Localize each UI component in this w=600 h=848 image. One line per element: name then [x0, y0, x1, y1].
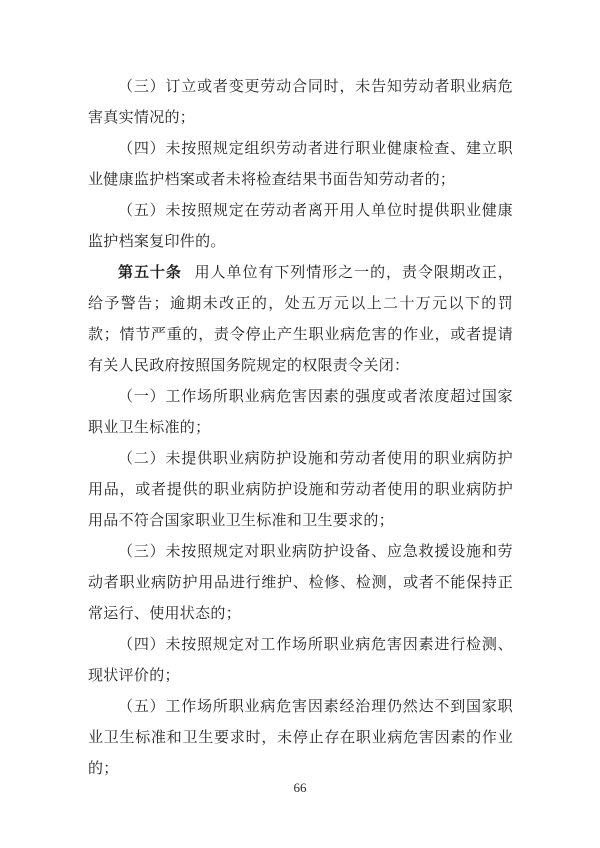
law-clause: （一）工作场所职业病危害因素的强度或者浓度超过国家职业卫生标准的；	[88, 382, 513, 444]
document-page: （三）订立或者变更劳动合同时，未告知劳动者职业病危害真实情况的； （四）未按照规…	[0, 0, 600, 848]
law-clause: （三）订立或者变更劳动合同时，未告知劳动者职业病危害真实情况的；	[88, 72, 513, 134]
law-clause: （二）未提供职业病防护设施和劳动者使用的职业病防护用品，或者提供的职业病防护设施…	[88, 444, 513, 537]
article-body-text: 用人单位有下列情形之一的，责令限期改正，给予警告；逾期未改正的，处五万元以上二十…	[88, 265, 513, 374]
law-clause: （五）未按照规定在劳动者离开用人单位时提供职业健康监护档案复印件的。	[88, 196, 513, 258]
law-clause: （四）未按照规定对工作场所职业病危害因素进行检测、现状评价的；	[88, 630, 513, 692]
law-clause: （三）未按照规定对职业病防护设备、应急救援设施和劳动者职业病防护用品进行维护、检…	[88, 537, 513, 630]
law-text-block: （三）订立或者变更劳动合同时，未告知劳动者职业病危害真实情况的； （四）未按照规…	[88, 72, 513, 785]
law-article-paragraph: 第五十条用人单位有下列情形之一的，责令限期改正，给予警告；逾期未改正的，处五万元…	[88, 258, 513, 382]
law-clause: （五）工作场所职业病危害因素经治理仍然达不到国家职业卫生标准和卫生要求时，未停止…	[88, 692, 513, 785]
page-number: 66	[0, 780, 600, 796]
law-clause: （四）未按照规定组织劳动者进行职业健康检查、建立职业健康监护档案或者未将检查结果…	[88, 134, 513, 196]
article-number: 第五十条	[118, 265, 182, 281]
